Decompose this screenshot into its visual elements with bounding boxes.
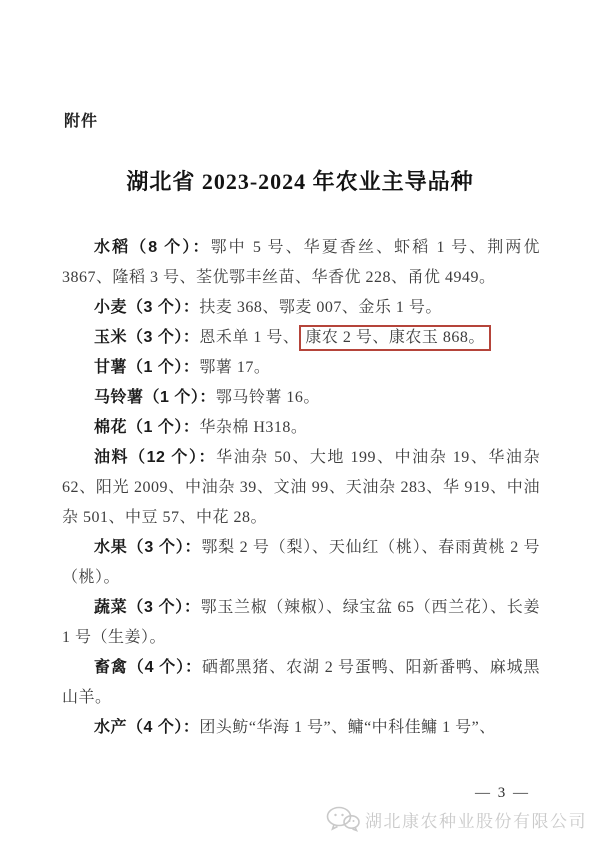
section-sweet-potato-text: 鄂薯 17。 — [199, 359, 270, 376]
document-body: 水稻（8 个）：鄂中 5 号、华夏香丝、虾稻 1 号、荆两优 3867、隆稻 3… — [62, 233, 540, 743]
section-wheat-text: 扶麦 368、鄂麦 007、金乐 1 号。 — [199, 299, 442, 316]
wechat-logo-icon — [326, 806, 360, 832]
section-oil-crops-label: 油料（12 个）： — [94, 449, 216, 466]
section-cotton-text: 华杂棉 H318。 — [199, 419, 307, 436]
document-page: 附件 湖北省 2023-2024 年农业主导品种 水稻（8 个）：鄂中 5 号、… — [0, 0, 600, 847]
section-cotton: 棉花（1 个）：华杂棉 H318。 — [62, 413, 540, 443]
section-wheat-label: 小麦（3 个）： — [94, 299, 199, 316]
section-sweet-potato-label: 甘薯（1 个）： — [94, 359, 199, 376]
section-fruit: 水果（3 个）：鄂梨 2 号（梨）、天仙红（桃）、春雨黄桃 2 号（桃）。 — [62, 533, 540, 593]
section-vegetables-label: 蔬菜（3 个）： — [94, 599, 201, 616]
section-wheat: 小麦（3 个）：扶麦 368、鄂麦 007、金乐 1 号。 — [62, 293, 540, 323]
section-oil-crops: 油料（12 个）：华油杂 50、大地 199、中油杂 19、华油杂 62、阳光 … — [62, 443, 540, 533]
section-potato-label: 马铃薯（1 个）： — [94, 389, 216, 406]
section-aquatic: 水产（4 个）：团头鲂“华海 1 号”、鳙“中科佳鳙 1 号”、 — [62, 713, 540, 743]
section-fruit-label: 水果（3 个）： — [94, 539, 201, 556]
section-corn: 玉米（3 个）：恩禾单 1 号、康农 2 号、康农玉 868。 — [62, 323, 540, 353]
section-potato-text: 鄂马铃薯 16。 — [216, 389, 320, 406]
attachment-label: 附件 — [64, 108, 98, 131]
section-aquatic-label: 水产（4 个）： — [94, 719, 199, 736]
footer-watermark-text: 湖北康农种业股份有限公司 — [365, 807, 587, 832]
section-corn-label: 玉米（3 个）： — [94, 329, 199, 346]
section-aquatic-text: 团头鲂“华海 1 号”、鳙“中科佳鳙 1 号”、 — [199, 719, 495, 736]
page-title: 湖北省 2023-2024 年农业主导品种 — [0, 165, 600, 196]
footer-watermark: 湖北康农种业股份有限公司 — [326, 806, 587, 832]
section-rice-label: 水稻（8 个）： — [94, 239, 211, 256]
section-cotton-label: 棉花（1 个）： — [94, 419, 199, 436]
section-sweet-potato: 甘薯（1 个）：鄂薯 17。 — [62, 353, 540, 383]
section-potato: 马铃薯（1 个）：鄂马铃薯 16。 — [62, 383, 540, 413]
page-number: — 3 — — [475, 785, 530, 802]
section-livestock: 畜禽（4 个）：硒都黑猪、农湖 2 号蛋鸭、阳新番鸭、麻城黑山羊。 — [62, 653, 540, 713]
section-rice: 水稻（8 个）：鄂中 5 号、华夏香丝、虾稻 1 号、荆两优 3867、隆稻 3… — [62, 233, 540, 293]
section-livestock-label: 畜禽（4 个）： — [94, 659, 202, 676]
section-corn-text: 恩禾单 1 号、 — [199, 329, 299, 346]
section-vegetables: 蔬菜（3 个）：鄂玉兰椒（辣椒）、绿宝盆 65（西兰花）、长姜 1 号（生姜）。 — [62, 593, 540, 653]
highlight-box: 康农 2 号、康农玉 868。 — [299, 325, 491, 351]
